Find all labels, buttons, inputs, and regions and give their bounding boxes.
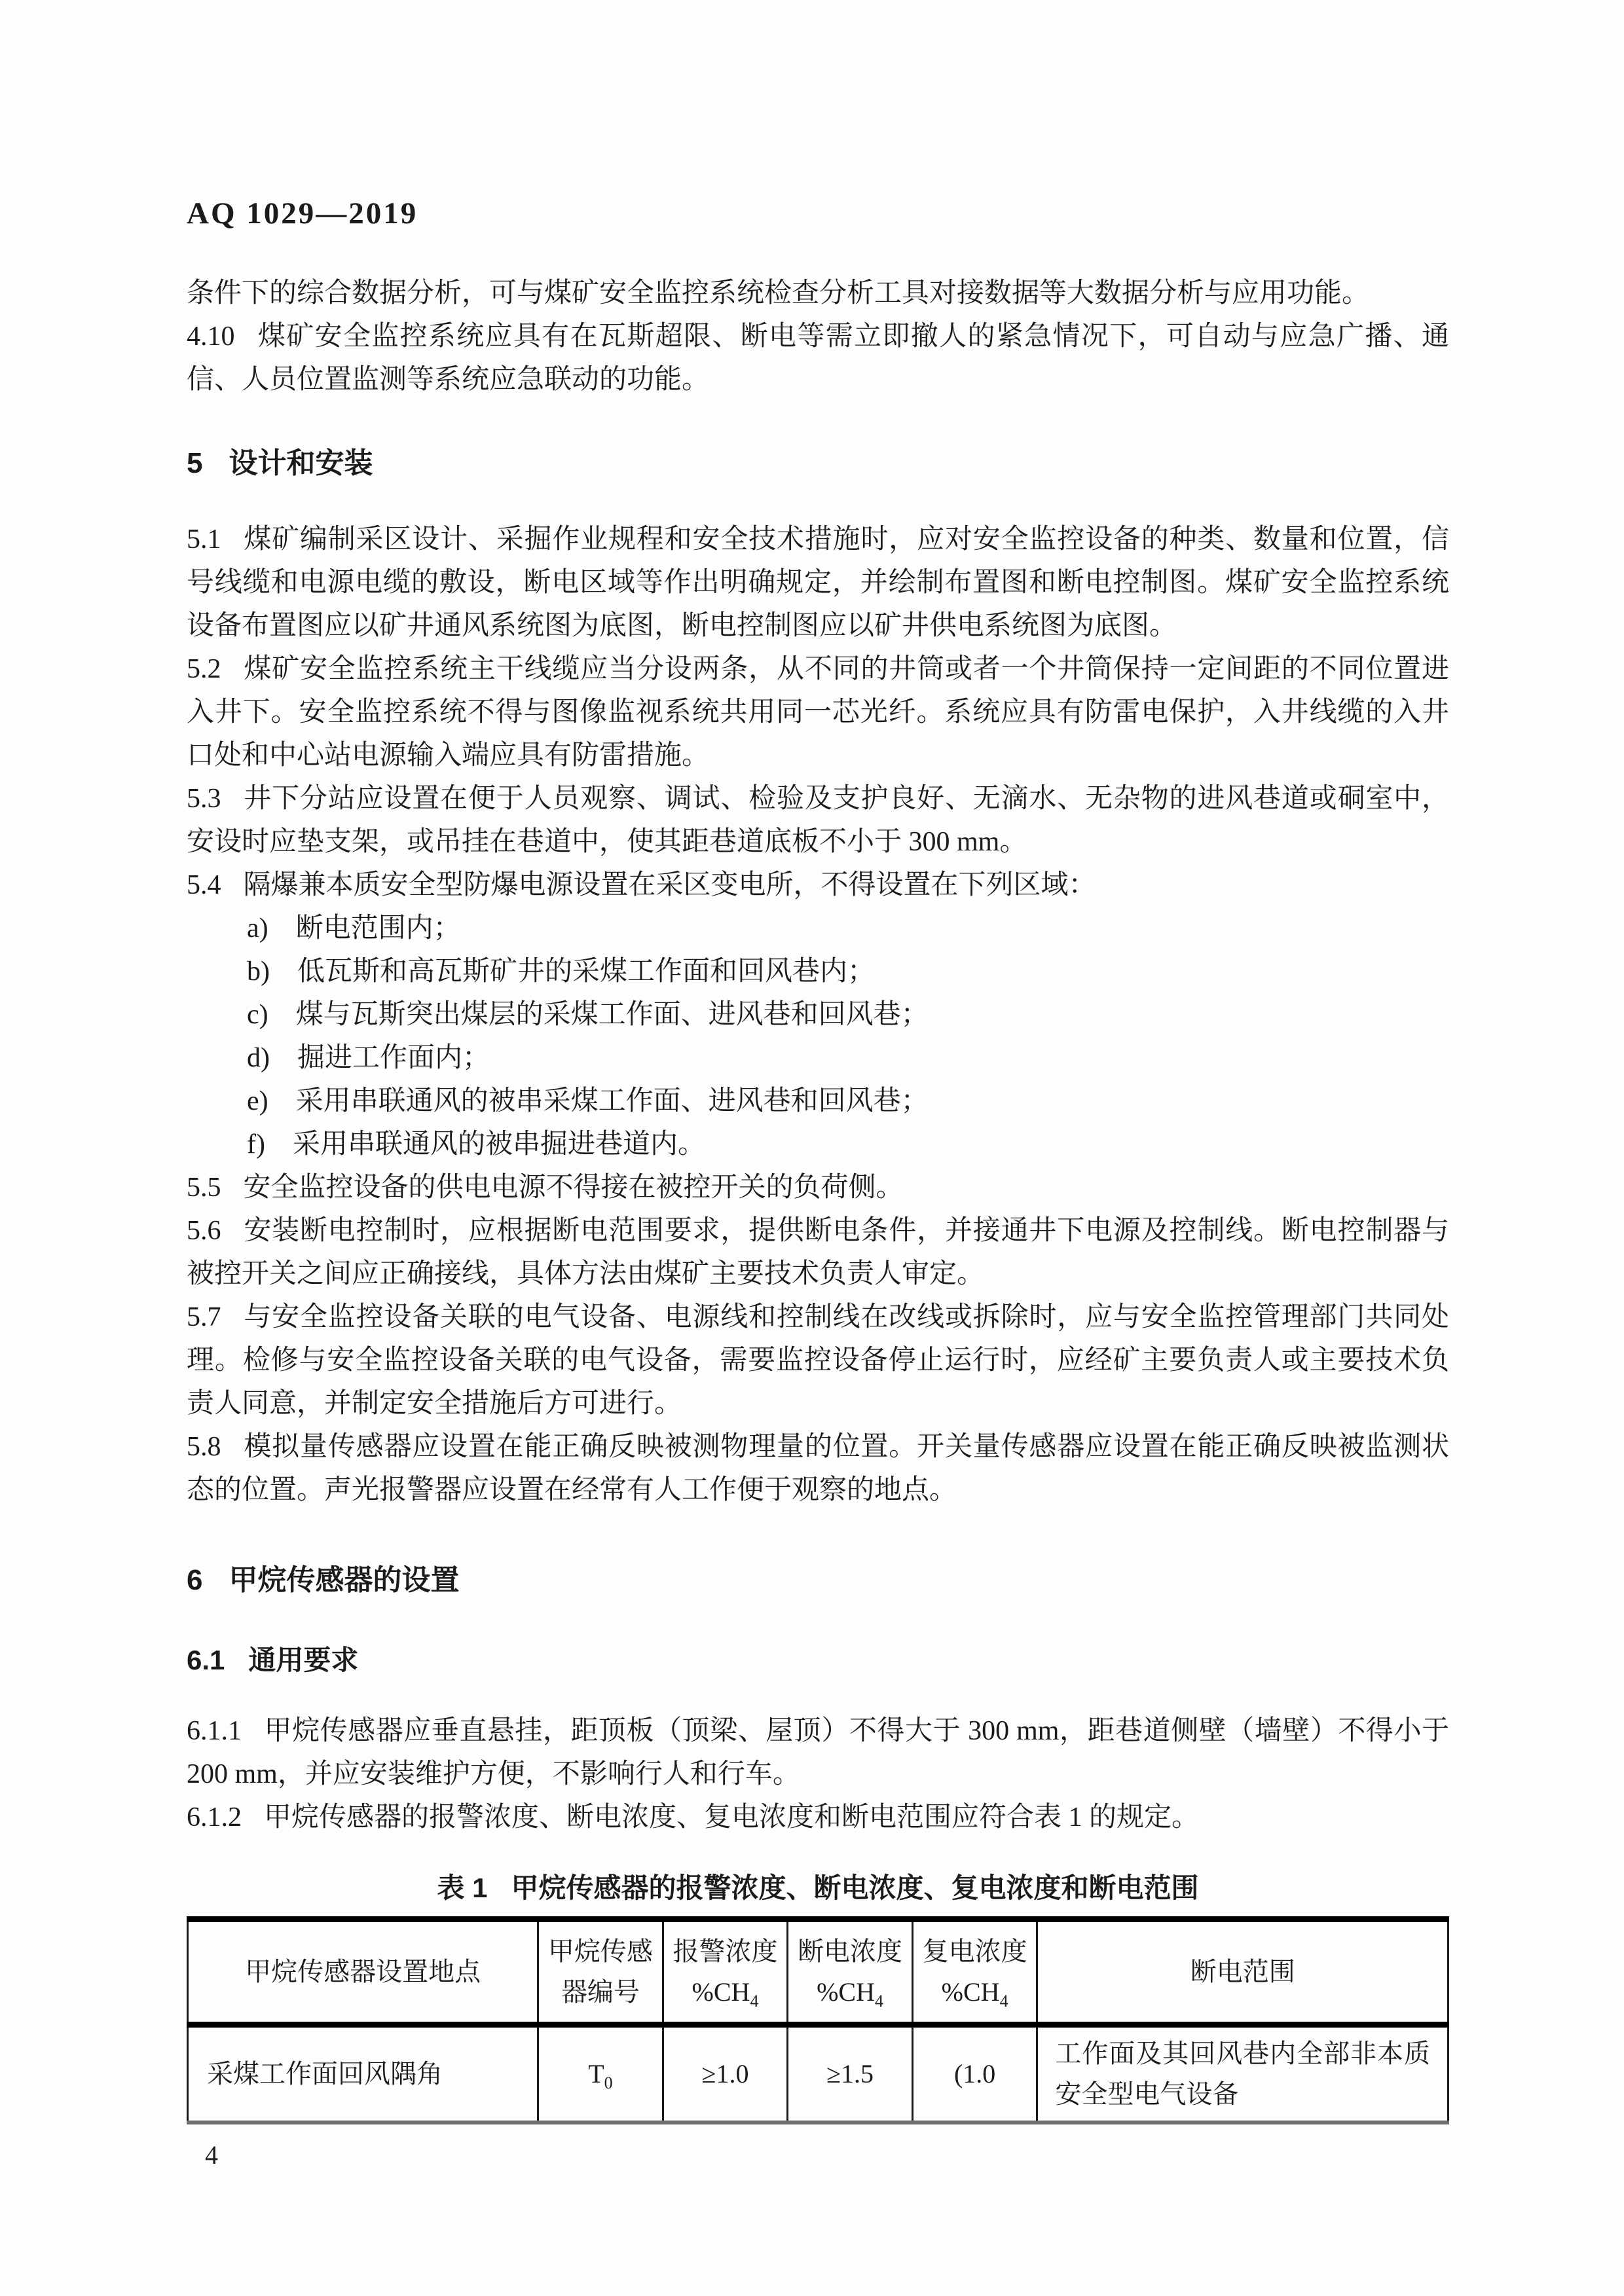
section-number: 5 <box>187 447 229 479</box>
clause-5-6: 5.6安装断电控制时，应根据断电范围要求，提供断电条件，并接通井下电源及控制线。… <box>187 1209 1449 1296</box>
clause-number: 5.3 <box>187 784 244 814</box>
clause-5-3: 5.3井下分站应设置在便于人员观察、调试、检验及支护良好、无滴水、无杂物的进风巷… <box>187 777 1449 864</box>
header-line1: 断电浓度 <box>798 1937 902 1966</box>
clause-text: 甲烷传感器应垂直悬挂，距顶板（顶梁、屋顶）不得大于 300 mm，距巷道侧壁（墙… <box>187 1716 1449 1789</box>
section-6-heading: 6甲烷传感器的设置 <box>187 1559 1449 1602</box>
clause-5-2: 5.2煤矿安全监控系统主干线缆应当分设两条，从不同的井筒或者一个井筒保持一定间距… <box>187 647 1449 777</box>
clause-text: 井下分站应设置在便于人员观察、调试、检验及支护良好、无滴水、无杂物的进风巷道或硐… <box>187 784 1449 857</box>
list-item-label: a) <box>247 913 296 943</box>
clause-text: 与安全监控设备关联的电气设备、电源线和控制线在改线或拆除时，应与安全监控管理部门… <box>187 1302 1449 1419</box>
clause-text: 煤矿编制采区设计、采掘作业规程和安全技术措施时，应对安全监控设备的种类、数量和位… <box>187 524 1449 641</box>
clause-number: 5.4 <box>187 870 244 900</box>
col-header-location: 甲烷传感器设置地点 <box>188 1920 538 2025</box>
table-row: 采煤工作面回风隅角 T0 ≥1.0 ≥1.5 (1.0 工作面及其回风巷内全部非… <box>188 2025 1449 2123</box>
cell-cutoff-range: 工作面及其回风巷内全部非本质安全型电气设备 <box>1037 2025 1449 2123</box>
clause-text: 煤矿安全监控系统主干线缆应当分设两条，从不同的井筒或者一个井筒保持一定间距的不同… <box>187 654 1449 771</box>
cell-restore-value: (1.0 <box>912 2025 1037 2123</box>
clause-text: 煤矿安全监控系统应具有在瓦斯超限、断电等需立即撤人的紧急情况下，可自动与应急广播… <box>187 321 1449 395</box>
list-item-e: e)采用串联通风的被串采煤工作面、进风巷和回风巷； <box>247 1080 1449 1123</box>
section-number: 6.1 <box>187 1645 248 1675</box>
list-item-text: 采用串联通风的被串掘进巷道内。 <box>293 1129 705 1159</box>
clause-number: 5.6 <box>187 1216 244 1246</box>
clause-6-1-2: 6.1.2甲烷传感器的报警浓度、断电浓度、复电浓度和断电范围应符合表 1 的规定… <box>187 1796 1449 1839</box>
section-title: 甲烷传感器的设置 <box>229 1564 459 1596</box>
clause-number: 5.7 <box>187 1302 244 1332</box>
clause-4-10: 4.10煤矿安全监控系统应具有在瓦斯超限、断电等需立即撤人的紧急情况下，可自动与… <box>187 315 1449 401</box>
clause-number: 5.5 <box>187 1173 244 1203</box>
section-title: 通用要求 <box>248 1645 358 1675</box>
table-1-title: 表 1甲烷传感器的报警浓度、断电浓度、复电浓度和断电范围 <box>187 1867 1449 1910</box>
list-item-text: 掘进工作面内； <box>297 1043 490 1073</box>
page-number: 4 <box>205 2139 1449 2172</box>
list-item-text: 煤与瓦斯突出煤层的采煤工作面、进风巷和回风巷； <box>296 1000 929 1030</box>
table-header-row: 甲烷传感器设置地点 甲烷传感器编号 报警浓度%CH4 断电浓度%CH4 复电浓度… <box>188 1920 1449 2025</box>
sensor-code-main: T <box>588 2059 604 2088</box>
list-item-a: a)断电范围内； <box>247 907 1449 950</box>
list-item-text: 断电范围内； <box>296 913 461 943</box>
list-item-label: f) <box>247 1129 293 1159</box>
list-item-c: c)煤与瓦斯突出煤层的采煤工作面、进风巷和回风巷； <box>247 993 1449 1036</box>
section-title: 设计和安装 <box>229 447 373 479</box>
document-page: AQ 1029—2019 条件下的综合数据分析，可与煤矿安全监控系统检查分析工具… <box>0 0 1624 2296</box>
clause-5-1: 5.1煤矿编制采区设计、采掘作业规程和安全技术措施时，应对安全监控设备的种类、数… <box>187 518 1449 647</box>
clause-5-8: 5.8模拟量传感器应设置在能正确反映被测物理量的位置。开关量传感器应设置在能正确… <box>187 1425 1449 1512</box>
table-title-text: 甲烷传感器的报警浓度、断电浓度、复电浓度和断电范围 <box>511 1872 1199 1903</box>
unit-label: %CH <box>692 1977 750 2007</box>
clause-text: 甲烷传感器的报警浓度、断电浓度、复电浓度和断电范围应符合表 1 的规定。 <box>264 1802 1199 1832</box>
clause-number: 6.1.2 <box>187 1802 264 1832</box>
col-header-sensor-no: 甲烷传感器编号 <box>538 1920 663 2025</box>
sensor-code-subscript: 0 <box>604 2073 613 2092</box>
unit-subscript: 4 <box>1000 1992 1008 2011</box>
clause-number: 5.1 <box>187 524 244 555</box>
clause-5-7: 5.7与安全监控设备关联的电气设备、电源线和控制线在改线或拆除时，应与安全监控管… <box>187 1296 1449 1425</box>
clause-number: 5.2 <box>187 654 244 684</box>
clause-5-5: 5.5安全监控设备的供电电源不得接在被控开关的负荷侧。 <box>187 1166 1449 1209</box>
list-item-label: d) <box>247 1043 297 1073</box>
table-1: 甲烷传感器设置地点 甲烷传感器编号 报警浓度%CH4 断电浓度%CH4 复电浓度… <box>187 1916 1449 2124</box>
clause-text: 安装断电控制时，应根据断电范围要求，提供断电条件，并接通井下电源及控制线。断电控… <box>187 1216 1449 1289</box>
col-header-alarm-concentration: 报警浓度%CH4 <box>663 1920 788 2025</box>
header-line2: 器编号 <box>561 1977 640 2007</box>
table-number: 表 1 <box>437 1872 511 1903</box>
col-header-cutoff-range: 断电范围 <box>1037 1920 1449 2025</box>
unit-label: %CH <box>817 1977 875 2007</box>
doc-code-header: AQ 1029—2019 <box>187 196 1449 230</box>
list-item-text: 低瓦斯和高瓦斯矿井的采煤工作面和回风巷内； <box>297 957 875 987</box>
clause-text: 隔爆兼本质安全型防爆电源设置在采区变电所，不得设置在下列区域： <box>244 870 1096 900</box>
section-5-heading: 5设计和安装 <box>187 442 1449 485</box>
list-item-f: f)采用串联通风的被串掘进巷道内。 <box>247 1123 1449 1166</box>
list-item-b: b)低瓦斯和高瓦斯矿井的采煤工作面和回风巷内； <box>247 950 1449 993</box>
header-line1: 复电浓度 <box>923 1937 1027 1966</box>
cell-cutoff-value: ≥1.5 <box>788 2025 913 2123</box>
cell-alarm-value: ≥1.0 <box>663 2025 788 2123</box>
clause-5-4-list: a)断电范围内； b)低瓦斯和高瓦斯矿井的采煤工作面和回风巷内； c)煤与瓦斯突… <box>187 907 1449 1166</box>
unit-subscript: 4 <box>750 1992 758 2011</box>
header-line1: 甲烷传感 <box>548 1937 653 1966</box>
list-item-d: d)掘进工作面内； <box>247 1036 1449 1080</box>
clause-6-1-1: 6.1.1甲烷传感器应垂直悬挂，距顶板（顶梁、屋顶）不得大于 300 mm，距巷… <box>187 1709 1449 1796</box>
unit-label: %CH <box>942 1977 1000 2007</box>
col-header-restore-concentration: 复电浓度%CH4 <box>912 1920 1037 2025</box>
cell-sensor-code: T0 <box>538 2025 663 2123</box>
cell-location: 采煤工作面回风隅角 <box>188 2025 538 2123</box>
paragraph-continuation: 条件下的综合数据分析，可与煤矿安全监控系统检查分析工具对接数据等大数据分析与应用… <box>187 272 1449 315</box>
col-header-cutoff-concentration: 断电浓度%CH4 <box>788 1920 913 2025</box>
list-item-text: 采用串联通风的被串采煤工作面、进风巷和回风巷； <box>296 1086 929 1116</box>
list-item-label: b) <box>247 957 297 987</box>
list-item-label: c) <box>247 1000 296 1030</box>
clause-number: 4.10 <box>187 321 257 352</box>
header-line1: 报警浓度 <box>673 1937 778 1966</box>
clause-5-4: 5.4隔爆兼本质安全型防爆电源设置在采区变电所，不得设置在下列区域： <box>187 864 1449 907</box>
unit-subscript: 4 <box>875 1992 883 2011</box>
page-content: AQ 1029—2019 条件下的综合数据分析，可与煤矿安全监控系统检查分析工具… <box>187 0 1449 2172</box>
clause-number: 5.8 <box>187 1432 244 1462</box>
clause-text: 安全监控设备的供电电源不得接在被控开关的负荷侧。 <box>244 1173 904 1203</box>
section-number: 6 <box>187 1564 229 1596</box>
section-6-1-heading: 6.1通用要求 <box>187 1639 1449 1682</box>
clause-number: 6.1.1 <box>187 1716 264 1746</box>
list-item-label: e) <box>247 1086 296 1116</box>
clause-text: 模拟量传感器应设置在能正确反映被测物理量的位置。开关量传感器应设置在能正确反映被… <box>187 1432 1449 1505</box>
